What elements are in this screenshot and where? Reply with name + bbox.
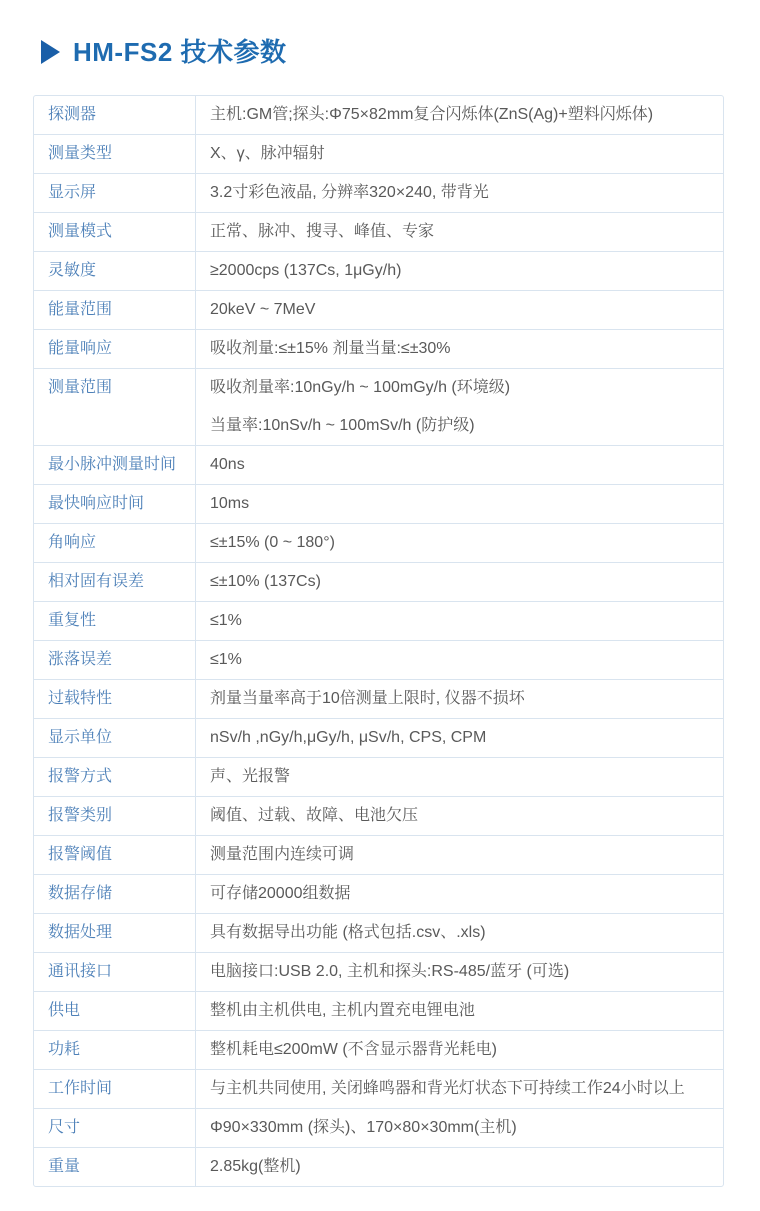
spec-value: ≤1% — [196, 602, 723, 640]
spec-value: 电脑接口:USB 2.0, 主机和探头:RS-485/蓝牙 (可选) — [196, 953, 723, 991]
spec-value-line: X、γ、脉冲辐射 — [210, 144, 709, 164]
spec-value: 主机:GM管;探头:Φ75×82mm复合闪烁体(ZnS(Ag)+塑料闪烁体) — [196, 96, 723, 134]
table-row: 重复性≤1% — [34, 601, 723, 640]
spec-value: 40ns — [196, 446, 723, 484]
spec-value: X、γ、脉冲辐射 — [196, 135, 723, 173]
spec-table: 探测器主机:GM管;探头:Φ75×82mm复合闪烁体(ZnS(Ag)+塑料闪烁体… — [33, 95, 724, 1187]
spec-label: 尺寸 — [34, 1109, 196, 1147]
spec-label: 探测器 — [34, 96, 196, 134]
table-row: 报警方式声、光报警 — [34, 757, 723, 796]
spec-value: ≥2000cps (137Cs, 1μGy/h) — [196, 252, 723, 290]
spec-label: 测量模式 — [34, 213, 196, 251]
spec-label: 报警类别 — [34, 797, 196, 835]
table-row: 灵敏度≥2000cps (137Cs, 1μGy/h) — [34, 251, 723, 290]
spec-value-line: ≥2000cps (137Cs, 1μGy/h) — [210, 261, 709, 281]
table-row: 最快响应时间10ms — [34, 484, 723, 523]
spec-value-line: 阈值、过载、故障、电池欠压 — [210, 806, 709, 826]
table-row: 能量范围20keV ~ 7MeV — [34, 290, 723, 329]
spec-value-line: 吸收剂量:≤±15% 剂量当量:≤±30% — [210, 339, 709, 359]
spec-label: 最快响应时间 — [34, 485, 196, 523]
spec-value: Φ90×330mm (探头)、170×80×30mm(主机) — [196, 1109, 723, 1147]
table-row: 工作时间与主机共同使用, 关闭蜂鸣器和背光灯状态下可持续工作24小时以上 — [34, 1069, 723, 1108]
play-triangle-icon — [41, 40, 60, 64]
spec-label: 报警阈值 — [34, 836, 196, 874]
spec-label: 功耗 — [34, 1031, 196, 1069]
table-row: 重量2.85kg(整机) — [34, 1147, 723, 1186]
spec-value-line: 整机耗电≤200mW (不含显示器背光耗电) — [210, 1040, 709, 1060]
table-row: 最小脉冲测量时间40ns — [34, 445, 723, 484]
spec-label: 显示屏 — [34, 174, 196, 212]
spec-label: 工作时间 — [34, 1070, 196, 1108]
page-title: HM-FS2 技术参数 — [73, 36, 287, 68]
table-row: 能量响应吸收剂量:≤±15% 剂量当量:≤±30% — [34, 329, 723, 368]
spec-value: 10ms — [196, 485, 723, 523]
table-row: 测量范围吸收剂量率:10nGy/h ~ 100mGy/h (环境级)当量率:10… — [34, 368, 723, 445]
spec-value-line: Φ90×330mm (探头)、170×80×30mm(主机) — [210, 1118, 709, 1138]
spec-label: 数据存储 — [34, 875, 196, 913]
table-row: 报警阈值测量范围内连续可调 — [34, 835, 723, 874]
table-row: 通讯接口电脑接口:USB 2.0, 主机和探头:RS-485/蓝牙 (可选) — [34, 952, 723, 991]
spec-value-line: ≤±10% (137Cs) — [210, 572, 709, 592]
spec-label: 显示单位 — [34, 719, 196, 757]
spec-label: 过载特性 — [34, 680, 196, 718]
spec-value: 具有数据导出功能 (格式包括.csv、.xls) — [196, 914, 723, 952]
spec-label: 通讯接口 — [34, 953, 196, 991]
spec-value-line: 与主机共同使用, 关闭蜂鸣器和背光灯状态下可持续工作24小时以上 — [210, 1079, 709, 1099]
table-row: 数据存储可存储20000组数据 — [34, 874, 723, 913]
spec-value: 阈值、过载、故障、电池欠压 — [196, 797, 723, 835]
spec-value-line: 吸收剂量率:10nGy/h ~ 100mGy/h (环境级) — [210, 378, 709, 398]
spec-label: 供电 — [34, 992, 196, 1030]
table-row: 过载特性剂量当量率高于10倍测量上限时, 仪器不损坏 — [34, 679, 723, 718]
spec-label: 重量 — [34, 1148, 196, 1186]
spec-value-line: 2.85kg(整机) — [210, 1157, 709, 1177]
spec-value: 吸收剂量率:10nGy/h ~ 100mGy/h (环境级)当量率:10nSv/… — [196, 369, 723, 445]
spec-value-line: 3.2寸彩色液晶, 分辨率320×240, 带背光 — [210, 183, 709, 203]
table-row: 尺寸Φ90×330mm (探头)、170×80×30mm(主机) — [34, 1108, 723, 1147]
spec-label: 最小脉冲测量时间 — [34, 446, 196, 484]
spec-value: nSv/h ,nGy/h,μGy/h, μSv/h, CPS, CPM — [196, 719, 723, 757]
spec-label: 涨落误差 — [34, 641, 196, 679]
spec-value-line: 整机由主机供电, 主机内置充电锂电池 — [210, 1001, 709, 1021]
spec-value: ≤±15% (0 ~ 180°) — [196, 524, 723, 562]
spec-value-line: nSv/h ,nGy/h,μGy/h, μSv/h, CPS, CPM — [210, 728, 709, 748]
spec-value-line: 10ms — [210, 494, 709, 514]
section-header: HM-FS2 技术参数 — [41, 36, 724, 68]
spec-label: 测量类型 — [34, 135, 196, 173]
spec-value-line: ≤1% — [210, 611, 709, 631]
spec-label: 数据处理 — [34, 914, 196, 952]
table-row: 相对固有误差≤±10% (137Cs) — [34, 562, 723, 601]
spec-value-line: ≤1% — [210, 650, 709, 670]
spec-value: ≤1% — [196, 641, 723, 679]
spec-value-line: 主机:GM管;探头:Φ75×82mm复合闪烁体(ZnS(Ag)+塑料闪烁体) — [210, 105, 709, 125]
table-row: 数据处理具有数据导出功能 (格式包括.csv、.xls) — [34, 913, 723, 952]
spec-value: 测量范围内连续可调 — [196, 836, 723, 874]
spec-label: 测量范围 — [34, 369, 196, 445]
spec-value: 正常、脉冲、搜寻、峰值、专家 — [196, 213, 723, 251]
spec-value: 与主机共同使用, 关闭蜂鸣器和背光灯状态下可持续工作24小时以上 — [196, 1070, 723, 1108]
table-row: 供电整机由主机供电, 主机内置充电锂电池 — [34, 991, 723, 1030]
spec-label: 能量范围 — [34, 291, 196, 329]
spec-value: 20keV ~ 7MeV — [196, 291, 723, 329]
table-row: 探测器主机:GM管;探头:Φ75×82mm复合闪烁体(ZnS(Ag)+塑料闪烁体… — [34, 96, 723, 134]
spec-value: 声、光报警 — [196, 758, 723, 796]
spec-value-line: 具有数据导出功能 (格式包括.csv、.xls) — [210, 923, 709, 943]
page: HM-FS2 技术参数 探测器主机:GM管;探头:Φ75×82mm复合闪烁体(Z… — [0, 0, 760, 1211]
spec-value: 整机耗电≤200mW (不含显示器背光耗电) — [196, 1031, 723, 1069]
spec-value: 3.2寸彩色液晶, 分辨率320×240, 带背光 — [196, 174, 723, 212]
table-row: 显示屏3.2寸彩色液晶, 分辨率320×240, 带背光 — [34, 173, 723, 212]
spec-value-line: 当量率:10nSv/h ~ 100mSv/h (防护级) — [210, 416, 709, 436]
spec-value-line: 40ns — [210, 455, 709, 475]
spec-label: 灵敏度 — [34, 252, 196, 290]
spec-value: 可存储20000组数据 — [196, 875, 723, 913]
spec-value-line: 声、光报警 — [210, 767, 709, 787]
spec-label: 报警方式 — [34, 758, 196, 796]
table-row: 测量类型X、γ、脉冲辐射 — [34, 134, 723, 173]
spec-value-line: ≤±15% (0 ~ 180°) — [210, 533, 709, 553]
table-row: 涨落误差≤1% — [34, 640, 723, 679]
spec-value: ≤±10% (137Cs) — [196, 563, 723, 601]
spec-label: 相对固有误差 — [34, 563, 196, 601]
spec-value-line: 电脑接口:USB 2.0, 主机和探头:RS-485/蓝牙 (可选) — [210, 962, 709, 982]
spec-value: 2.85kg(整机) — [196, 1148, 723, 1186]
spec-value-line: 正常、脉冲、搜寻、峰值、专家 — [210, 222, 709, 242]
spec-value-line: 可存储20000组数据 — [210, 884, 709, 904]
table-row: 角响应≤±15% (0 ~ 180°) — [34, 523, 723, 562]
spec-value-line: 测量范围内连续可调 — [210, 845, 709, 865]
spec-label: 能量响应 — [34, 330, 196, 368]
spec-value-line: 20keV ~ 7MeV — [210, 300, 709, 320]
spec-value-line: 剂量当量率高于10倍测量上限时, 仪器不损坏 — [210, 689, 709, 709]
spec-value: 吸收剂量:≤±15% 剂量当量:≤±30% — [196, 330, 723, 368]
table-row: 显示单位nSv/h ,nGy/h,μGy/h, μSv/h, CPS, CPM — [34, 718, 723, 757]
spec-value: 整机由主机供电, 主机内置充电锂电池 — [196, 992, 723, 1030]
table-row: 报警类别阈值、过载、故障、电池欠压 — [34, 796, 723, 835]
table-row: 功耗整机耗电≤200mW (不含显示器背光耗电) — [34, 1030, 723, 1069]
spec-value: 剂量当量率高于10倍测量上限时, 仪器不损坏 — [196, 680, 723, 718]
table-row: 测量模式正常、脉冲、搜寻、峰值、专家 — [34, 212, 723, 251]
spec-label: 角响应 — [34, 524, 196, 562]
spec-label: 重复性 — [34, 602, 196, 640]
